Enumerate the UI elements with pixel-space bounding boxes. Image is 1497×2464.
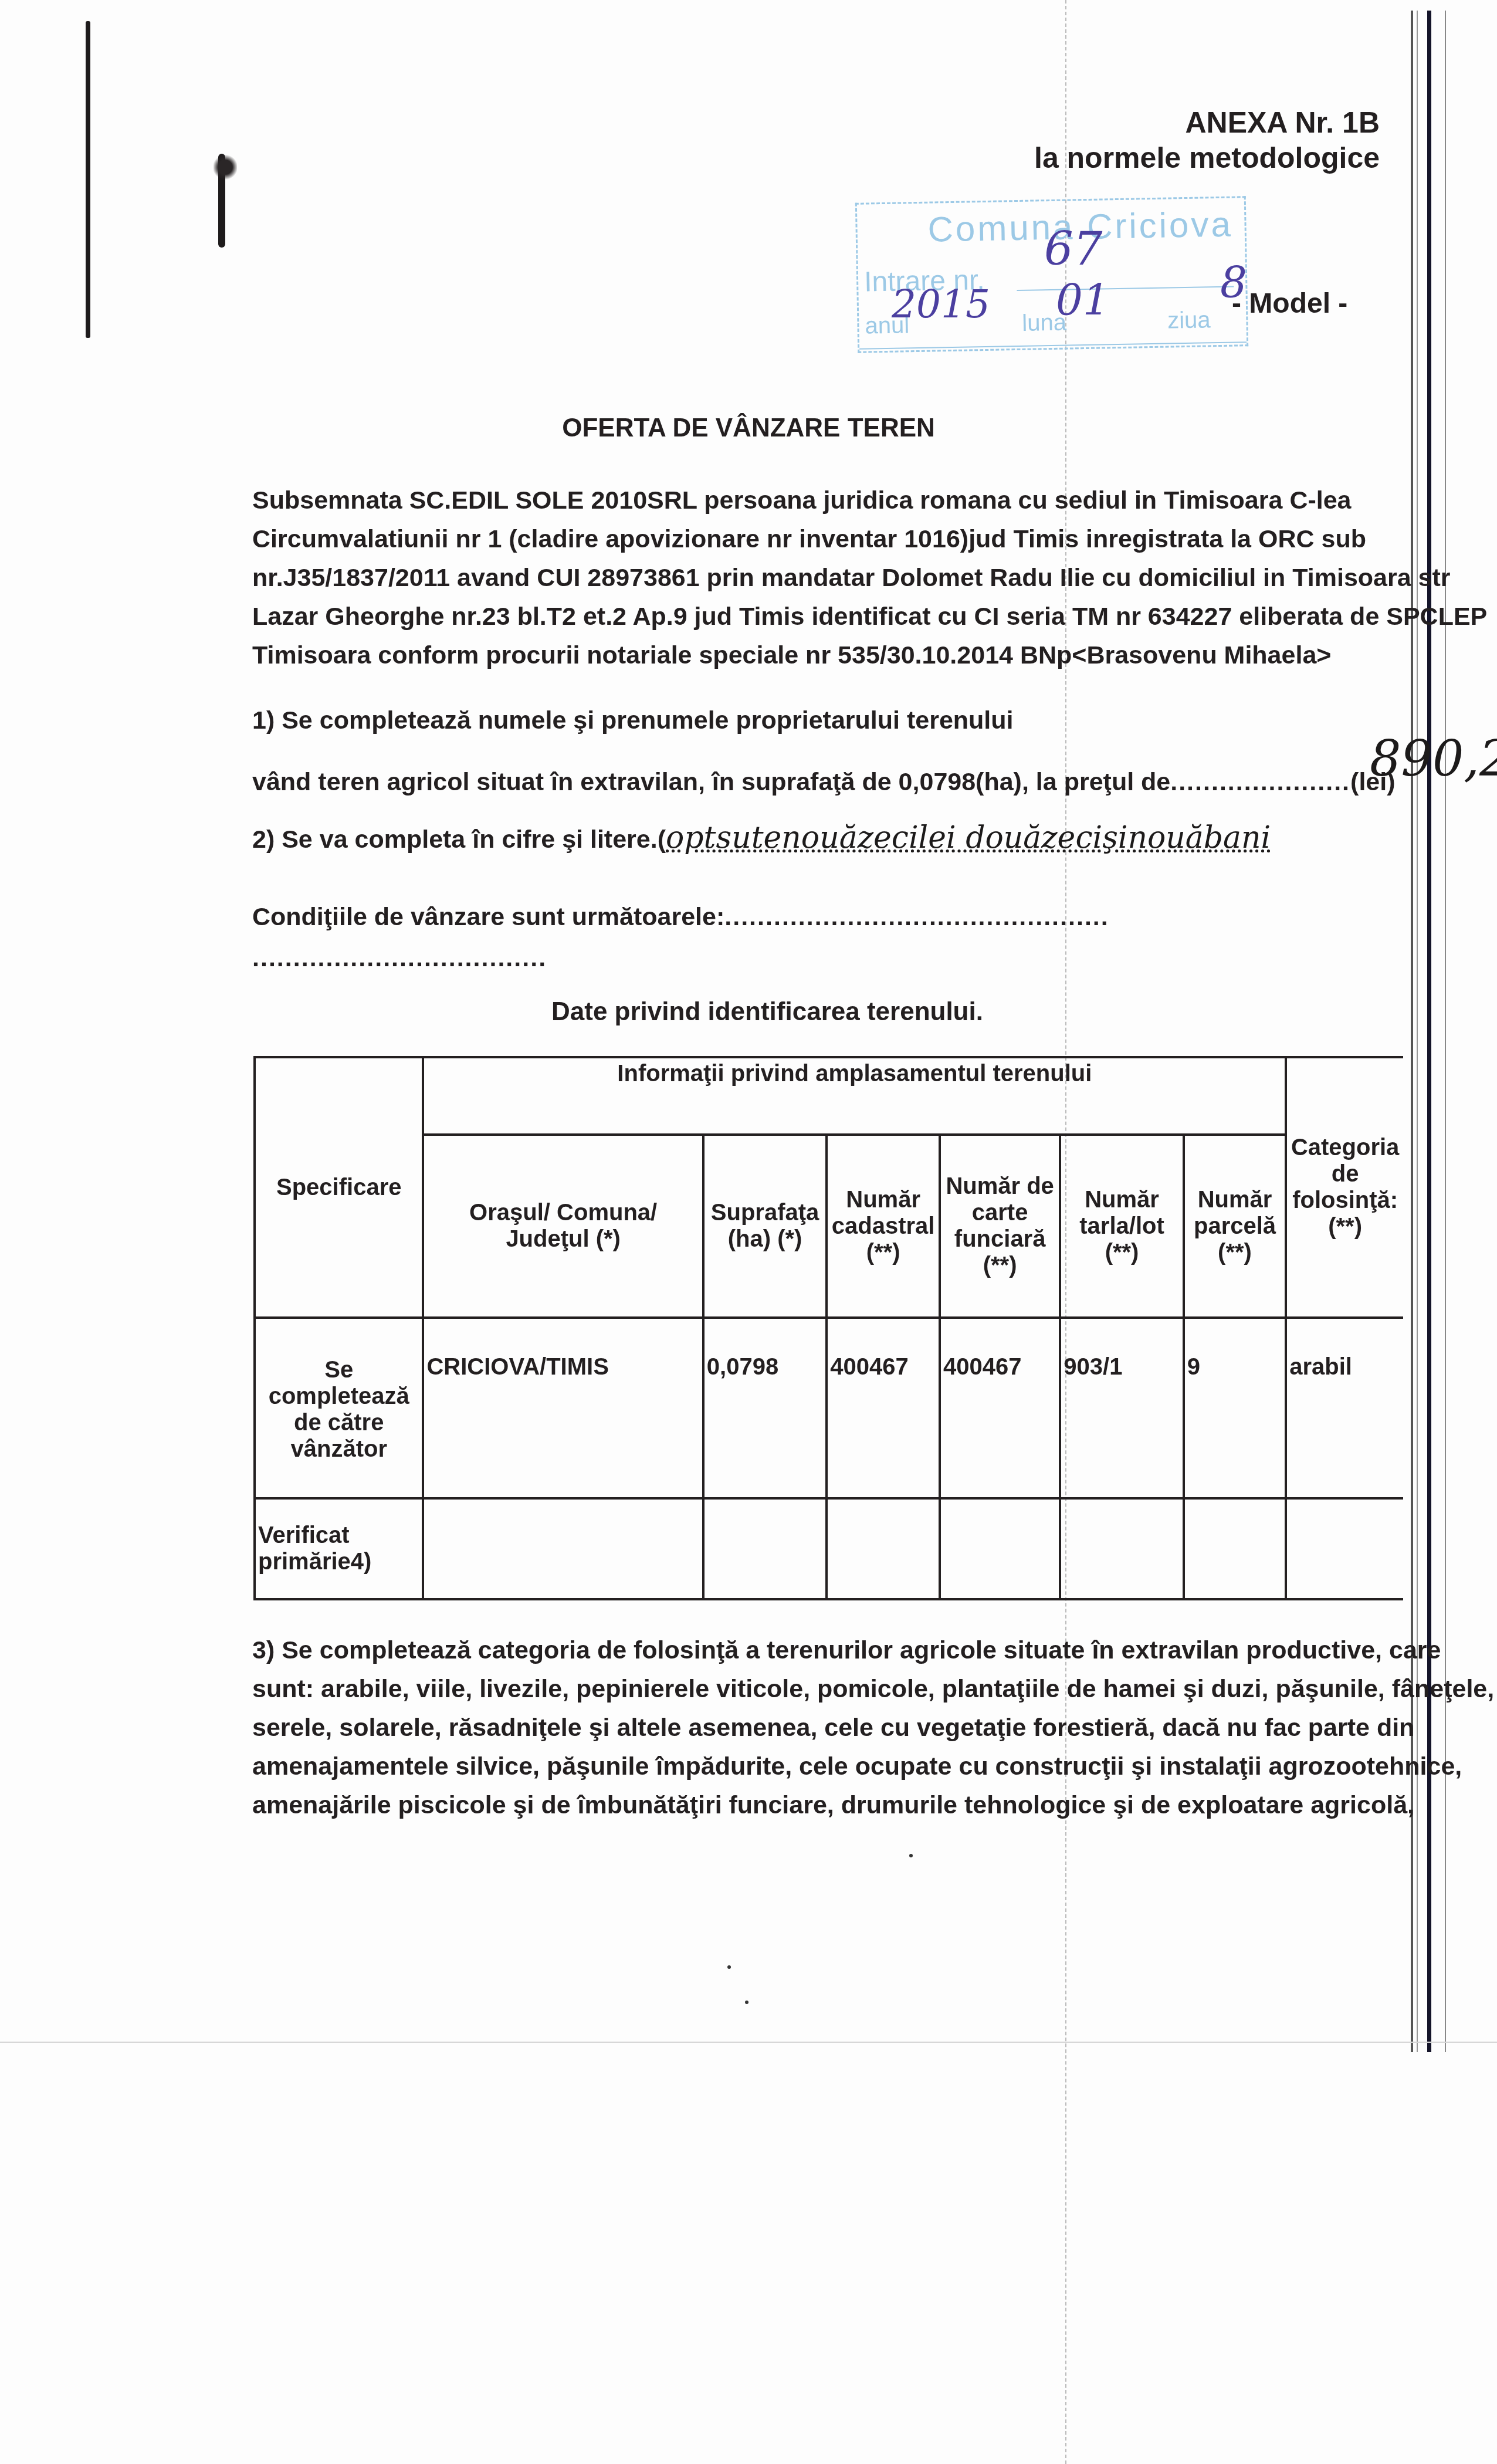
footnote-3: 3) Se completează categoria de folosinţă… [252, 1631, 1402, 1825]
header-nr-tarla-lot: Număr tarla/lot (**) [1060, 1135, 1183, 1318]
intro-line: Lazar Gheorghe nr.23 bl.T2 et.2 Ap.9 jud… [252, 597, 1402, 636]
header-specificare: Specificare [255, 1057, 423, 1318]
scan-binder-line [86, 21, 90, 338]
annex-number: ANEXA Nr. 1B [1185, 106, 1380, 140]
row-label: Verificat primărie4) [255, 1498, 423, 1599]
land-section-title: Date privind identificarea terenului. [551, 997, 983, 1027]
note-2-line: 2) Se va completa în cifre şi litere.(op… [252, 818, 1402, 859]
cell-oras: CRICIOVA/TIMIS [423, 1318, 703, 1498]
header-nr-cadastral: Număr cadastral (**) [827, 1135, 940, 1318]
intro-line: Circumvalatiunii nr 1 (cladire apovizion… [252, 520, 1402, 559]
intro-line: nr.J35/1837/2011 avand CUI 28973861 prin… [252, 559, 1402, 597]
row-label: Se completează de către vânzător [255, 1318, 423, 1498]
intro-line: Subsemnata SC.EDIL SOLE 2010SRL persoana… [252, 481, 1402, 520]
cell-oras [423, 1498, 703, 1599]
note-2: 2) Se va completa în cifre şi litere.( [252, 825, 666, 854]
footnote-line: amenajările piscicole şi de îmbunătăţiri… [252, 1786, 1402, 1825]
note-1: 1) Se completează numele şi prenumele pr… [252, 701, 1402, 740]
header-suprafata: Suprafaţa (ha) (*) [703, 1135, 827, 1318]
cell-categoria: arabil [1286, 1318, 1403, 1498]
cell-nr-parcela: 9 [1184, 1318, 1286, 1498]
seller-identification: Subsemnata SC.EDIL SOLE 2010SRL persoana… [252, 481, 1402, 675]
scan-speck [909, 1854, 913, 1857]
cell-suprafata [703, 1498, 827, 1599]
header-categoria: Categoria de folosinţă: (**) [1286, 1057, 1403, 1318]
price-in-words-handwritten: optsutenouăzecilei douăzecişinouăbani [666, 820, 1271, 855]
cell-nr-tarla-lot [1060, 1498, 1183, 1599]
cell-nr-tarla-lot: 903/1 [1060, 1318, 1183, 1498]
conditions-line: Condiţiile de vânzare sunt următoarele:.… [252, 898, 1402, 936]
cell-nr-cadastral: 400467 [827, 1318, 940, 1498]
cell-nr-parcela [1184, 1498, 1286, 1599]
document-title: OFERTA DE VÂNZARE TEREN [0, 414, 1497, 443]
stamp-day-label: ziua [1167, 307, 1211, 333]
cell-nr-cadastral [827, 1498, 940, 1599]
stamp-month: 01 [1056, 276, 1110, 325]
price-handwritten: 890,29 [1370, 739, 1497, 778]
footnote-line: amenajamentele silvice, păşunile împădur… [252, 1747, 1402, 1786]
footnote-line: 3) Se completează categoria de folosinţă… [252, 1631, 1402, 1670]
scan-page-edge [1411, 11, 1452, 2052]
stamp-entry-number: 67 [1044, 223, 1102, 276]
header-group-location: Informaţii privind amplasamentul terenul… [423, 1057, 1286, 1135]
land-identification-table: Specificare Informaţii privind amplasame… [253, 1056, 1403, 1600]
scan-bottom-edge [0, 2042, 1497, 2043]
offer-text: vând teren agricol situat în extravilan,… [252, 768, 1170, 796]
scan-speck [727, 1965, 731, 1969]
model-label: - Model - [1232, 287, 1347, 320]
cell-categoria [1286, 1498, 1403, 1599]
scan-pin-mark [218, 154, 225, 248]
stamp-year: 2015 [892, 282, 990, 327]
conditions-dots: ........................................… [724, 903, 1109, 931]
price-dots: ...................... [1170, 768, 1350, 796]
header-oras: Oraşul/ Comuna/ Judeţul (*) [423, 1135, 703, 1318]
footnote-line: serele, solarele, răsadniţele şi altele … [252, 1708, 1402, 1747]
scan-speck [745, 2001, 749, 2004]
annex-subtitle: la normele metodologice [1034, 141, 1380, 175]
cell-nr-carte-funciara [940, 1498, 1060, 1599]
conditions-dots-line-2: .................................... [252, 939, 1402, 977]
conditions-label: Condiţiile de vânzare sunt următoarele: [252, 903, 724, 931]
cell-suprafata: 0,0798 [703, 1318, 827, 1498]
table-row: Se completează de către vânzător CRICIOV… [255, 1318, 1403, 1498]
table-row: Verificat primărie4) [255, 1498, 1403, 1599]
cell-nr-carte-funciara: 400467 [940, 1318, 1060, 1498]
offer-line: vând teren agricol situat în extravilan,… [252, 763, 1402, 801]
intro-line: Timisoara conform procurii notariale spe… [252, 636, 1402, 675]
header-nr-carte-funciara: Număr de carte funciară (**) [940, 1135, 1060, 1318]
header-nr-parcela: Număr parcelă (**) [1184, 1135, 1286, 1318]
footnote-line: sunt: arabile, viile, livezile, pepinier… [252, 1670, 1402, 1708]
